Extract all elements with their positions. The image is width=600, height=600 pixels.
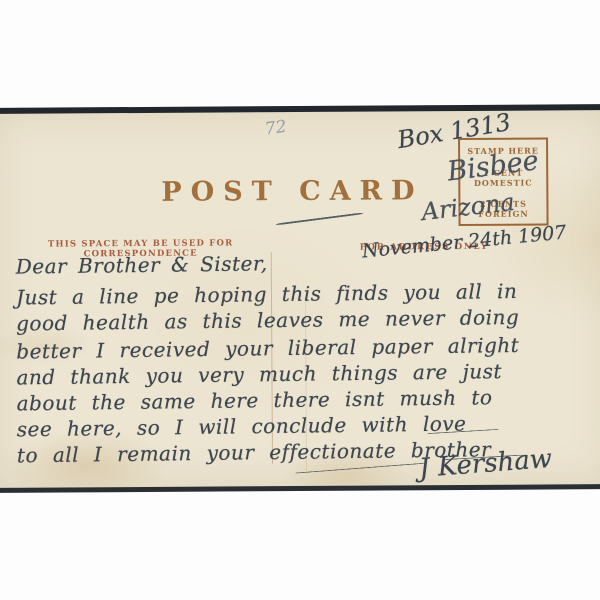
correspondence-notice-line1: THIS SPACE MAY BE USED FOR: [48, 238, 233, 249]
letter-line: and thank you very much things are just: [16, 359, 502, 389]
pen-flourish-stroke: [276, 212, 364, 225]
letter-line: Just a line pe hoping this finds you all…: [16, 279, 518, 310]
photo-background: 72 POST CARD THIS SPACE MAY BE USED FOR …: [0, 0, 600, 600]
handwritten-date: November 24th 1907: [361, 221, 567, 262]
signature-flourish-stroke: [295, 463, 425, 474]
postcard-title: POST CARD: [161, 176, 361, 208]
postcard: 72 POST CARD THIS SPACE MAY BE USED FOR …: [0, 104, 600, 493]
letter-line: about the same here there isnt mush to: [16, 385, 492, 415]
pencil-mark: 72: [264, 117, 288, 140]
letter-line: see here, so I will conclude with love: [17, 411, 467, 441]
letter-line: good health as this leaves me never doin…: [16, 305, 519, 336]
letter-line: Dear Brother & Sister,: [16, 251, 268, 278]
